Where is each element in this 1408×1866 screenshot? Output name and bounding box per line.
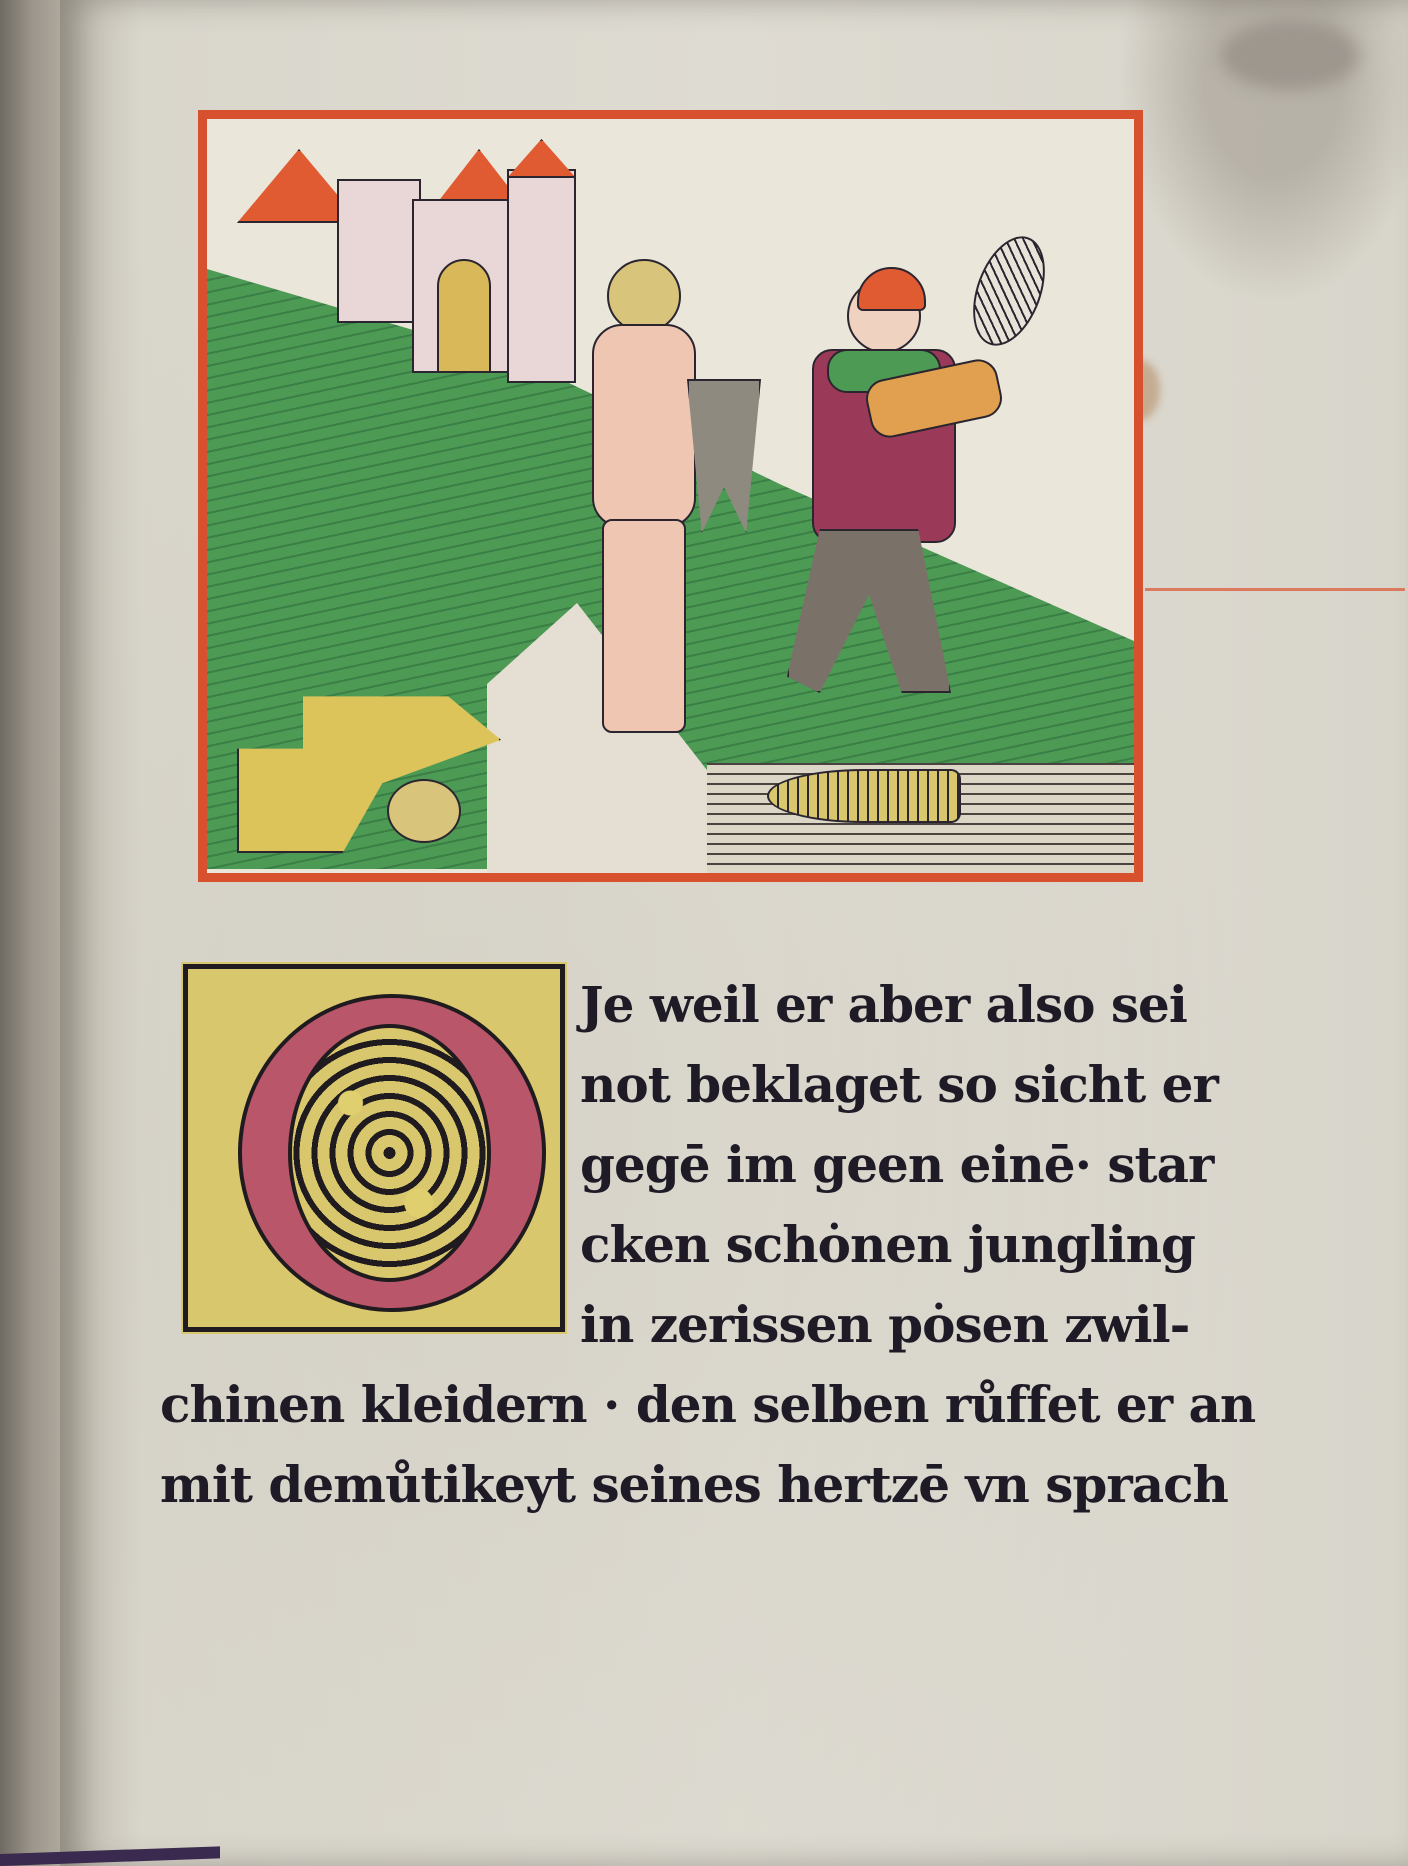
text-line: in zerissen pȯsen zwil- — [580, 1285, 1189, 1365]
text-line: cken schȯnen jungling — [580, 1205, 1195, 1285]
woodcut-illustration — [198, 110, 1143, 882]
initial-letter: D — [188, 969, 560, 1327]
foxing-stain — [1220, 20, 1360, 90]
youth-body — [592, 324, 696, 528]
red-ink-rule — [1145, 588, 1405, 591]
text-line: gegē im geen einē· star — [580, 1125, 1213, 1205]
decorated-initial: D — [183, 964, 565, 1332]
youth-legs — [602, 519, 686, 733]
youth-figure — [607, 259, 681, 333]
text-line: not beklaget so sicht er — [580, 1045, 1218, 1125]
fish-trap — [767, 769, 961, 823]
swimmer-head — [387, 779, 461, 843]
text-line: chinen kleidern · den selben růffet er a… — [160, 1365, 1255, 1445]
text-line: Je weil er aber also sei — [580, 965, 1187, 1045]
text-line: mit demůtikeyt seines hertzē vn sprach — [160, 1445, 1228, 1525]
